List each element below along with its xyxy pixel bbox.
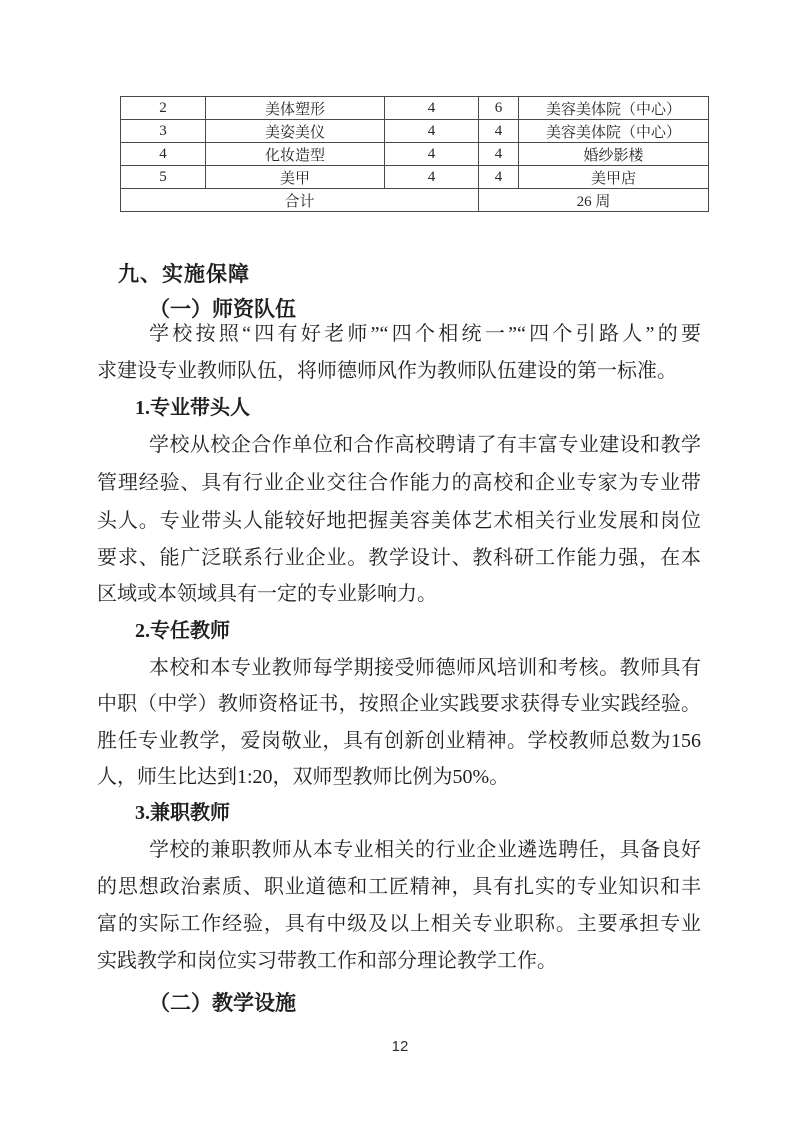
table-cell-index: 3 — [121, 120, 206, 143]
table-cell-hours: 4 — [385, 143, 479, 166]
table-cell-venue: 美容美体院（中心） — [519, 120, 709, 143]
document-page: 2 美体塑形 4 6 美容美体院（中心） 3 美姿美仪 4 4 美容美体院（中心… — [0, 0, 800, 1131]
paragraph-line: 胜任专业教学，爱岗敬业，具有创新创业精神。学校教师总数为156 — [97, 722, 701, 760]
table-cell-course: 美体塑形 — [206, 97, 385, 120]
paragraph-line: 实践教学和岗位实习带教工作和部分理论教学工作。 — [97, 942, 701, 980]
table-cell-weeks: 4 — [479, 166, 519, 189]
table-cell-total-label: 合计 — [121, 189, 479, 212]
table-cell-hours: 4 — [385, 97, 479, 120]
internship-schedule-table: 2 美体塑形 4 6 美容美体院（中心） 3 美姿美仪 4 4 美容美体院（中心… — [120, 96, 709, 212]
table-cell-venue: 美甲店 — [519, 166, 709, 189]
table-cell-index: 4 — [121, 143, 206, 166]
paragraph-line: 学校按照“四有好老师”“四个相统一”“四个引路人”的要 — [97, 315, 701, 353]
subheading-leaders: 1.专业带头人 — [97, 389, 701, 427]
table-total-row: 合计 26 周 — [121, 189, 709, 212]
paragraph-line: 富的实际工作经验，具有中级及以上相关专业职称。主要承担专业 — [97, 905, 701, 943]
paragraph-line: 区域或本领域具有一定的专业影响力。 — [97, 575, 701, 613]
table-cell-course: 美甲 — [206, 166, 385, 189]
table-row: 2 美体塑形 4 6 美容美体院（中心） — [121, 97, 709, 120]
paragraph-line: 中职（中学）教师资格证书，按照企业实践要求获得专业实践经验。 — [97, 685, 701, 723]
table-cell-weeks: 4 — [479, 143, 519, 166]
table-cell-course: 化妆造型 — [206, 143, 385, 166]
paragraph-line: 的思想政治素质、职业道德和工匠精神，具有扎实的专业知识和丰 — [97, 868, 701, 906]
chapter-heading: 九、实施保障 — [118, 256, 678, 294]
paragraph-line: 头人。专业带头人能较好地把握美容美体艺术相关行业发展和岗位 — [97, 502, 701, 540]
paragraph-line: 要求、能广泛联系行业企业。教学设计、教科研工作能力强，在本 — [97, 539, 701, 577]
paragraph-line: 人，师生比达到1:20，双师型教师比例为50%。 — [97, 758, 701, 796]
paragraph-line: 管理经验、具有行业企业交往合作能力的高校和企业专家为专业带 — [97, 464, 701, 502]
table-cell-venue: 美容美体院（中心） — [519, 97, 709, 120]
table-cell-weeks: 6 — [479, 97, 519, 120]
table-row: 4 化妆造型 4 4 婚纱影楼 — [121, 143, 709, 166]
subheading-fulltime-teachers: 2.专任教师 — [97, 612, 701, 650]
subheading-parttime-teachers: 3.兼职教师 — [97, 794, 701, 832]
table-cell-total-value: 26 周 — [479, 189, 709, 212]
table-cell-venue: 婚纱影楼 — [519, 143, 709, 166]
paragraph-line: 学校从校企合作单位和合作高校聘请了有丰富专业建设和教学 — [97, 426, 701, 464]
table-cell-index: 2 — [121, 97, 206, 120]
table-cell-index: 5 — [121, 166, 206, 189]
paragraph-line: 本校和本专业教师每学期接受师德师风培训和考核。教师具有 — [97, 649, 701, 687]
table-row: 5 美甲 4 4 美甲店 — [121, 166, 709, 189]
table-cell-course: 美姿美仪 — [206, 120, 385, 143]
subsection-title-facilities: （二）教学设施 — [97, 984, 701, 1022]
table-cell-hours: 4 — [385, 166, 479, 189]
table-cell-hours: 4 — [385, 120, 479, 143]
paragraph-line: 求建设专业教师队伍，将师德师风作为教师队伍建设的第一标准。 — [97, 352, 701, 390]
table-cell-weeks: 4 — [479, 120, 519, 143]
page-number: 12 — [0, 1032, 800, 1062]
table-row: 3 美姿美仪 4 4 美容美体院（中心） — [121, 120, 709, 143]
paragraph-line: 学校的兼职教师从本专业相关的行业企业遴选聘任，具备良好 — [97, 831, 701, 869]
